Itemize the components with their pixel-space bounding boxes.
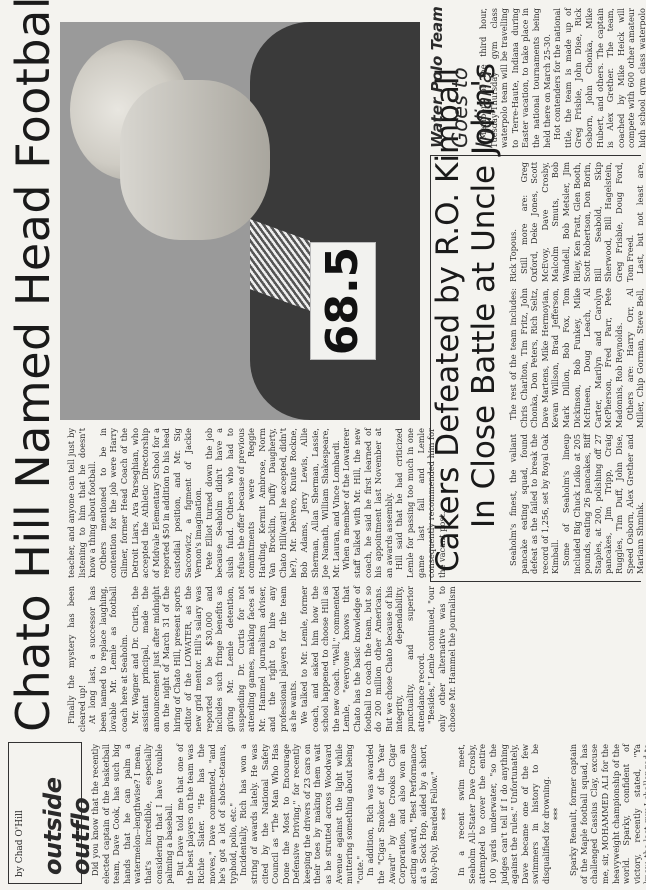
number-sign: 68.5 <box>310 242 376 360</box>
section-break: *** <box>440 744 451 884</box>
main-headline: Chato Hill Named Head Football Coach <box>6 0 60 732</box>
main-story-col1: Finally the mystery has been cleared up!… <box>66 586 458 732</box>
paragraph: Hot contenders for the national title, t… <box>552 8 646 148</box>
paragraph: In addition, Rich was awarded the "Cigar… <box>365 744 439 884</box>
paragraph: We talked to Mr. Lemle, former coach, an… <box>299 586 426 732</box>
section-break: *** <box>552 744 563 884</box>
cakers-col3: Rick Topous. Still more are: Greg Oxford… <box>508 162 646 282</box>
paragraph: Pete Elliot turned down the job because … <box>204 428 342 578</box>
face <box>120 80 270 240</box>
paragraph: "Besides," Lemle continued, "our only ot… <box>426 586 458 732</box>
paragraph: Others mentioned to be in contention for… <box>98 428 204 578</box>
paragraph: Some of Seaholm's lineup included Big Ch… <box>561 434 646 574</box>
paragraph: When a member of the Lowaterer staff tal… <box>341 428 394 578</box>
paragraph: Sparky Renault, former captain of the Ma… <box>568 744 646 884</box>
paragraph: Mr. Wagner and Dr. Curtis, the assistant… <box>130 586 300 732</box>
paragraph: teacher, and anyone can tell just by lis… <box>66 428 98 578</box>
paragraph: Last, but not least are, Bob Tolles, Bob… <box>635 162 646 282</box>
paragraph: Did you know that the recently elected c… <box>90 744 175 884</box>
paragraph: At long last, a successor has been named… <box>87 586 129 732</box>
coach-photo: 68.5 <box>60 22 420 420</box>
cakers-col2: The rest of the team includes: Chris Cha… <box>508 288 646 428</box>
main-story-col2: teacher, and anyone can tell just by lis… <box>66 428 447 578</box>
paragraph: But Dave told me that one of the best pl… <box>175 744 239 884</box>
paragraph: The rest of the team includes: Chris Cha… <box>508 288 625 428</box>
water-polo-headline-line1: Water Polo Team <box>428 6 446 148</box>
water-polo-body: Members of the third hour, Tuesday-Thurs… <box>478 8 646 148</box>
sign-number: 68.5 <box>317 247 368 356</box>
paragraph: Seaholm's finest, the valiant pancake ea… <box>508 434 561 574</box>
outside-outflo-header-box: by Chad O'Hill outside outflo <box>8 742 82 884</box>
cakers-col1: Seaholm's finest, the valiant pancake ea… <box>508 434 646 574</box>
byline: by Chad O'Hill <box>15 810 25 877</box>
outside-column-body: Did you know that the recently elected c… <box>90 744 646 884</box>
paragraph: Incidentally, Rich has won a string of a… <box>238 744 365 884</box>
paragraph: Others are: Harry Orr, Al Miller, Chip G… <box>625 288 646 428</box>
paragraph: In a recent swim meet, Seaholm All-State… <box>456 744 551 884</box>
column-title: outside outflo <box>39 743 95 875</box>
paragraph: Still more are: Greg Oxford, Deke Jones,… <box>519 162 636 282</box>
paragraph: Finally the mystery has been cleared up! <box>66 586 87 732</box>
suit <box>250 22 420 420</box>
paragraph: Members of the third hour, Tuesday-Thurs… <box>478 8 552 148</box>
newspaper-page: by Chad O'Hill outside outflo Did you kn… <box>0 0 646 890</box>
paragraph: Rick Topous. <box>508 162 519 282</box>
